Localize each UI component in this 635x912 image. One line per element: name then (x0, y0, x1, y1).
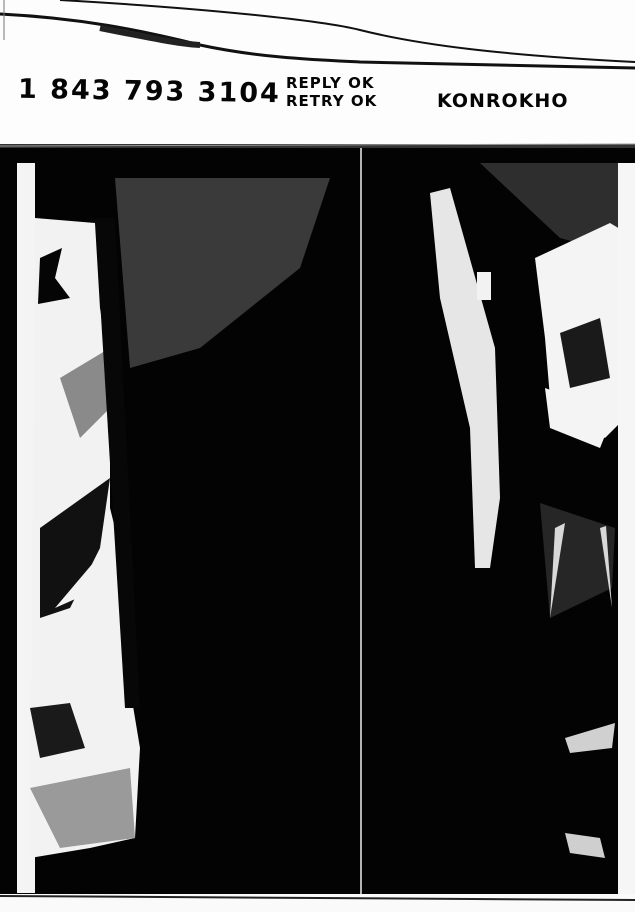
handwritten-name: KONROKHO (437, 90, 568, 112)
handwritten-phone-number: 1 843 793 3104 (18, 74, 281, 110)
handwritten-reply-status: REPLY OK RETRY OK (286, 74, 377, 110)
retry-ok-text: RETRY OK (286, 92, 377, 110)
photocopied-artwork (0, 148, 635, 912)
scanned-page: 1 843 793 3104 REPLY OK RETRY OK KONROKH… (0, 0, 635, 912)
reply-ok-text: REPLY OK (286, 74, 377, 92)
